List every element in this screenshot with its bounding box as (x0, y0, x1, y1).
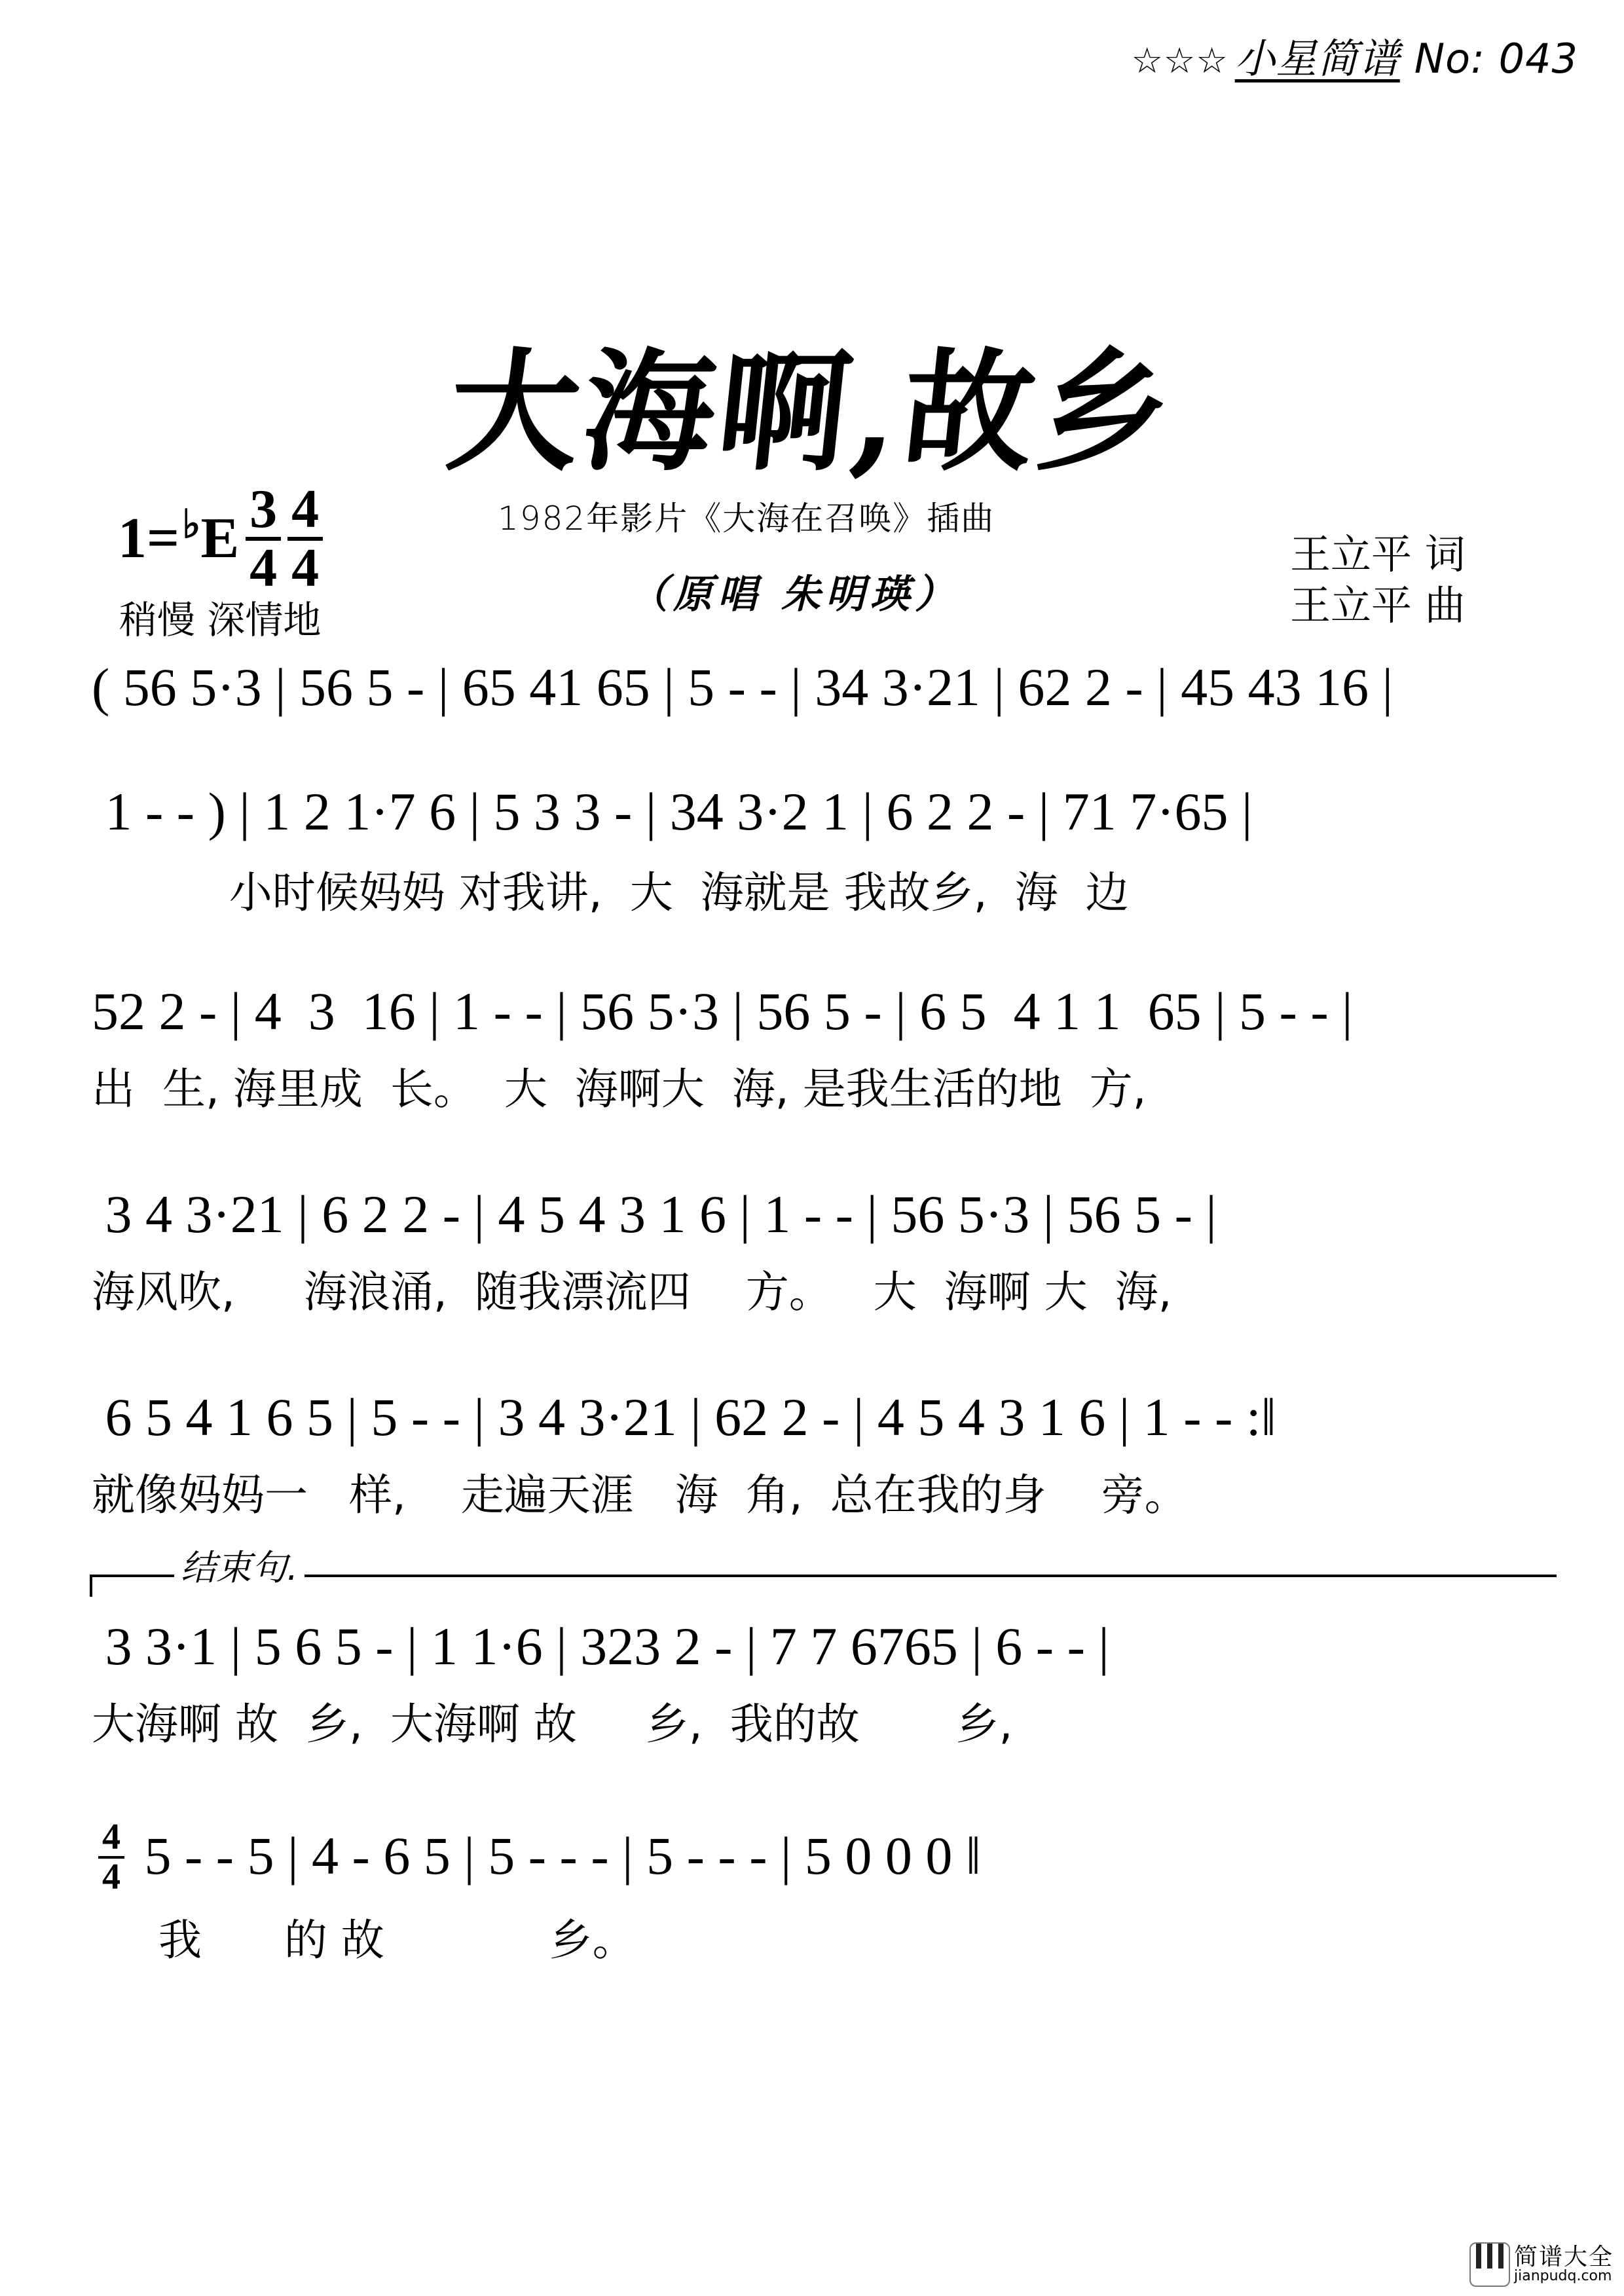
time-sig-top: 3 (249, 483, 277, 536)
watermark-name: 简谱大全 (1514, 2246, 1614, 2269)
key-note: E (200, 505, 239, 572)
subtitle: 1982年影片《大海在召唤》插曲 (498, 492, 995, 539)
time-sig-bottom: 4 (249, 542, 277, 594)
score-row-1: ( 56 5·3 | 56 5 - | 65 41 65 | 5 - - | 3… (92, 651, 1539, 737)
lyrics-line: 就像妈妈一 样, 走遍天涯 海 角, 总在我的身 旁。 (92, 1460, 1539, 1519)
brand-name[interactable]: 小星简谱 (1235, 35, 1400, 82)
time-signature-3-4: 3 4 (246, 483, 281, 594)
time-sig-bottom: 4 (102, 1860, 120, 1895)
notation: 52 2 - | 4 3 16 | 1 - - | 56 5·3 | 56 5 … (92, 975, 1539, 1048)
ending-bracket-corner (90, 1575, 92, 1597)
tempo-marking: 稍慢 深情地 (119, 589, 321, 644)
notation: 1 - - ) | 1 2 1·7 6 | 5 3 3 - | 34 3·2 1… (92, 776, 1539, 848)
piano-icon (1469, 2242, 1510, 2287)
flat-icon: ♭ (182, 501, 200, 547)
score-row-3: 52 2 - | 4 3 16 | 1 - - | 56 5·3 | 56 5 … (92, 975, 1539, 1061)
lyrics-line: 大海啊 故 乡, 大海啊 故 乡, 我的故 乡, (92, 1689, 1539, 1748)
header-tag: ☆☆☆小星简谱No: 043 (1132, 26, 1579, 84)
lyrics-line: 海风吹, 海浪涌, 随我漂流四 方。 大 海啊 大 海, (92, 1257, 1539, 1316)
score-row-4: 3 4 3·21 | 6 2 2 - | 4 5 4 3 1 6 | 1 - -… (92, 1178, 1539, 1264)
time-sig-top: 4 (291, 483, 319, 536)
score-row-6: 3 3·1 | 5 6 5 - | 1 1·6 | 323 2 - | 7 7 … (92, 1611, 1539, 1696)
lyricist: 王立平 词 (1290, 529, 1466, 580)
score-row-5: 6 5 4 1 6 5 | 5 - - | 3 4 3·21 | 62 2 - … (92, 1381, 1539, 1467)
watermark-url[interactable]: jianpudq.com (1514, 2269, 1614, 2284)
notation: ( 56 5·3 | 56 5 - | 65 41 65 | 5 - - | 3… (92, 651, 1539, 723)
notation: 6 5 4 1 6 5 | 5 - - | 3 4 3·21 | 62 2 - … (92, 1381, 1539, 1453)
lyrics-line: 我 的 故 乡。 (131, 1905, 1578, 1964)
original-singer: （原唱 朱明瑛） (629, 563, 959, 619)
time-signature-4-4: 4 4 (98, 1820, 124, 1895)
stars-icon: ☆☆☆ (1132, 40, 1228, 81)
score-number: No: 043 (1414, 35, 1578, 82)
key-signature: 1=♭E 3 4 4 4 (118, 483, 323, 594)
song-title: 大海啊,故乡 (0, 308, 1624, 496)
time-sig-top: 4 (102, 1820, 120, 1855)
lyrics-line: 出 生, 海里成 长。 大 海啊大 海, 是我生活的地 方, (92, 1054, 1539, 1113)
ending-bracket-line (90, 1575, 1557, 1577)
composer: 王立平 曲 (1290, 580, 1466, 631)
credits: 王立平 词 王立平 曲 (1290, 529, 1466, 631)
key-prefix: 1= (118, 505, 179, 572)
notation: 5 - - 5 | 4 - 6 5 | 5 - - - | 5 - - - | … (131, 1820, 1578, 1892)
lyrics-line: 小时候妈妈 对我讲, 大 海就是 我故乡, 海 边 (92, 858, 1539, 917)
notation: 3 4 3·21 | 6 2 2 - | 4 5 4 3 1 6 | 1 - -… (92, 1178, 1539, 1250)
time-sig-bottom: 4 (291, 542, 319, 594)
ending-label: 结束句. (174, 1540, 304, 1590)
notation: 3 3·1 | 5 6 5 - | 1 1·6 | 323 2 - | 7 7 … (92, 1611, 1539, 1683)
score-row-7: 4 4 5 - - 5 | 4 - 6 5 | 5 - - - | 5 - - … (85, 1820, 1532, 1905)
watermark-logo[interactable]: 简谱大全 jianpudq.com (1469, 2242, 1614, 2287)
time-signature-4-4: 4 4 (287, 483, 323, 594)
score-row-2: 1 - - ) | 1 2 1·7 6 | 5 3 3 - | 34 3·2 1… (92, 776, 1539, 861)
